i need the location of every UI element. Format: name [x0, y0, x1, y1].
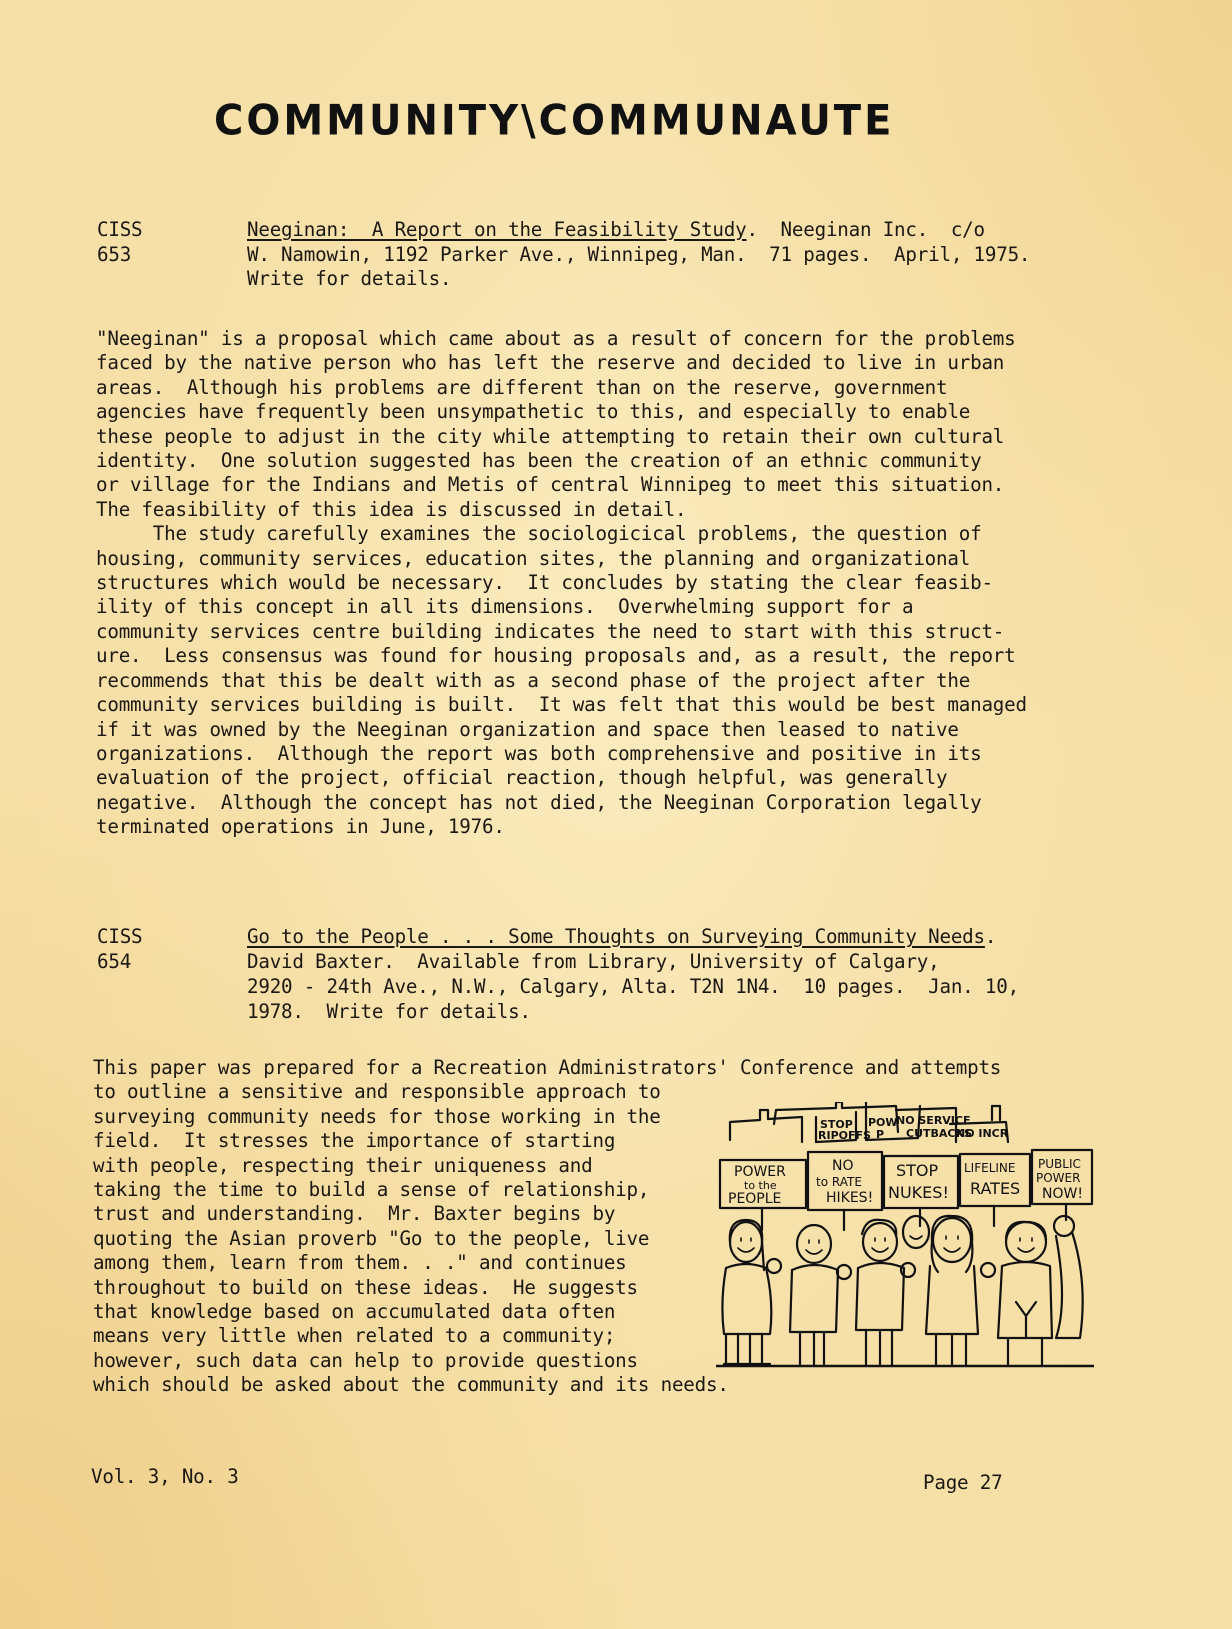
abstract-line: which should be asked about the communit… [93, 1373, 1001, 1397]
sign-text: RIPOFFS [818, 1129, 871, 1142]
abstract-line: areas. Although his problems are differe… [96, 376, 1027, 400]
ciss-label: CISS [97, 925, 142, 949]
citation-line: Write for details. [247, 267, 451, 291]
volume-number: Vol. 3, No. 3 [91, 1465, 239, 1489]
abstract-line: ure. Less consensus was found for housin… [96, 644, 1027, 668]
entry-title: Neeginan: A Report on the Feasibility St… [247, 218, 746, 241]
sign-text: P [876, 1128, 884, 1141]
abstract-line: This paper was prepared for a Recreation… [93, 1056, 1001, 1080]
citation-line: . Neeginan Inc. c/o [746, 218, 984, 241]
sign-text: NO [832, 1158, 854, 1174]
citation-line: . [985, 925, 996, 948]
sign-text: NUKES! [888, 1183, 949, 1202]
ciss-number: 653 [97, 243, 131, 267]
abstract-line: The study carefully examines the sociolo… [96, 522, 1027, 546]
abstract-line: structures which would be necessary. It … [96, 571, 1027, 595]
ciss-number: 654 [97, 950, 131, 974]
sign-text: NO INCR [956, 1127, 1009, 1140]
sign-text: RATES [970, 1179, 1020, 1198]
abstract-line: The feasibility of this idea is discusse… [96, 498, 1027, 522]
abstract-line: negative. Although the concept has not d… [96, 791, 1027, 815]
ciss-label: CISS [97, 218, 142, 242]
sign-text: POWER [734, 1164, 786, 1180]
abstract-line: faced by the native person who has left … [96, 351, 1027, 375]
abstract-line: community services centre building indic… [96, 620, 1027, 644]
abstract-line: these people to adjust in the city while… [96, 425, 1027, 449]
sign-text: PUBLIC [1038, 1157, 1081, 1171]
abstract-line: ility of this concept in all its dimensi… [96, 595, 1027, 619]
abstract-line: agencies have frequently been unsympathe… [96, 400, 1027, 424]
abstract-line: community services building is built. It… [96, 693, 1027, 717]
abstract-line: organizations. Although the report was b… [96, 742, 1027, 766]
sign-text: POWER [1036, 1171, 1080, 1185]
sign-text: NOW! [1042, 1186, 1083, 1202]
abstract-line: identity. One solution suggested has bee… [96, 449, 1027, 473]
abstract-line: terminated operations in June, 1976. [96, 815, 1027, 839]
entry-title-line: Go to the People . . . Some Thoughts on … [247, 925, 996, 949]
protest-crowd-illustration: STOP RIPOFFS POW P NO SERVICE CUTBACKS N… [716, 1102, 1094, 1370]
entry-title: Go to the People . . . Some Thoughts on … [247, 925, 985, 948]
abstract-line: recommends that this be dealt with as a … [96, 669, 1027, 693]
citation-line: 1978. Write for details. [247, 1000, 531, 1024]
page-title: COMMUNITY\COMMUNAUTE [214, 97, 894, 145]
entry-title-line: Neeginan: A Report on the Feasibility St… [247, 218, 985, 242]
citation-line: W. Namowin, 1192 Parker Ave., Winnipeg, … [247, 243, 1030, 267]
page-number: Page 27 [923, 1471, 1002, 1495]
abstract-line: or village for the Indians and Metis of … [96, 473, 1027, 497]
abstract-line: if it was owned by the Neeginan organiza… [96, 718, 1027, 742]
sign-text: STOP [896, 1161, 939, 1180]
citation-line: David Baxter. Available from Library, Un… [247, 950, 939, 974]
abstract-paragraph: "Neeginan" is a proposal which came abou… [96, 327, 1027, 840]
citation-line: 2920 - 24th Ave., N.W., Calgary, Alta. T… [247, 975, 1019, 999]
sign-text: HIKES! [826, 1190, 873, 1206]
abstract-line: "Neeginan" is a proposal which came abou… [96, 327, 1027, 351]
abstract-line: evaluation of the project, official reac… [96, 766, 1027, 790]
abstract-line: housing, community services, education s… [96, 547, 1027, 571]
sign-text: NO SERVICE [896, 1114, 971, 1127]
sign-text: to RATE [816, 1175, 862, 1189]
sign-text: LIFELINE [964, 1161, 1016, 1175]
sign-text: PEOPLE [728, 1191, 781, 1207]
